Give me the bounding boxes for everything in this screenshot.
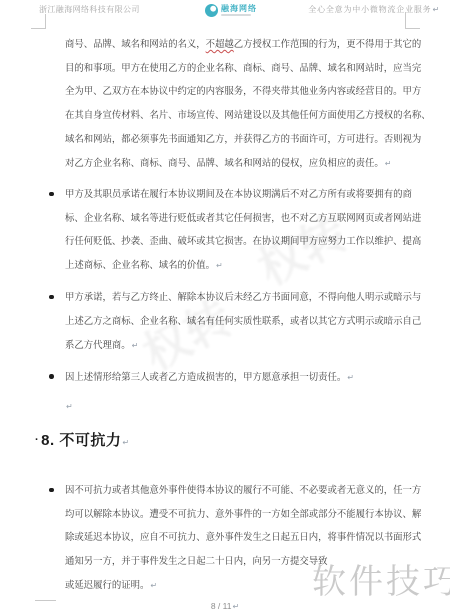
bullet-dot-icon — [49, 488, 54, 493]
text-line: 因不可抗力或者其他意外事件使得本协议的履行不可能、不必要或者无意义的，任一方 — [65, 478, 423, 502]
empty-paragraph: ↵ — [65, 396, 73, 414]
paragraph-mark: ↵ — [385, 159, 392, 168]
text-line: 除或延迟本协议，应自不可抗力、意外事件发生之日起五日内，将事件情况以书面形式 — [65, 525, 423, 549]
text-line: 在其自身宣传材料、名片、市场宣传、网站建设以及其他任何方面使用乙方授权的名称、 — [65, 103, 423, 127]
paragraph-mark: ↵ — [150, 581, 157, 590]
text-line: 对乙方企业名称、商标、商号、品牌、域名和网站的侵权，应负相应的责任。↵ — [65, 151, 423, 176]
intro-line1-after: 乙方授权工作范围的行为，更不得用于其它的 — [234, 38, 422, 49]
paragraph-mark: ↵ — [347, 373, 354, 382]
header-company-name: 浙江融海网络科技有限公司 — [39, 4, 140, 15]
margin-crop-mark-top-left — [31, 28, 46, 29]
bullet-item: 因上述情形给第三人或者乙方造成损害的，甲方愿意承担一切责任。↵ — [65, 365, 423, 390]
margin-crop-mark-top-right — [405, 12, 406, 28]
intro-line1-before: 商号、品牌、域名和网站的名义， — [65, 38, 206, 49]
text-line: 全为甲、乙双方在本协议中约定的内容服务，不得夹带其他业务内容或经营目的。甲方 — [65, 79, 423, 103]
text-line: 甲方承诺，若与乙方终止、解除本协议后未经乙方书面同意，不得向他人明示或暗示与 — [65, 285, 423, 309]
logo-icon — [205, 4, 218, 17]
intro-paragraph-lines: 目的和事项。甲方在使用乙方的企业名称、商标、商号、品牌、域名和网站时，应当完全为… — [65, 56, 423, 176]
paragraph-mark: ↵ — [132, 341, 139, 350]
page-number-text: 8 / 11 — [211, 601, 232, 611]
margin-crop-mark-top-right — [405, 28, 420, 29]
paragraph-mark: ↵ — [66, 402, 73, 411]
bullet-item: 甲方及其职员承诺在履行本协议期间及在本协议期满后不对乙方所有或将要拥有的商标、企… — [65, 182, 423, 278]
paragraph-mark: ↵ — [122, 438, 129, 447]
text-line: 甲方及其职员承诺在履行本协议期间及在本协议期满后不对乙方所有或将要拥有的商 — [65, 182, 423, 206]
bullet-dot-icon — [49, 374, 54, 379]
text-line: 系乙方代理商。↵ — [65, 333, 423, 358]
text-line: 因上述情形给第三人或者乙方造成损害的，甲方愿意承担一切责任。↵ — [65, 365, 423, 390]
logo-subtext-line — [221, 14, 251, 16]
text-line: 上述乙方之商标、企业名称、域名有任何实质性联系，或者以其它方式明示或暗示自己 — [65, 309, 423, 333]
paragraph-mark: ↵ — [216, 261, 223, 270]
margin-crop-mark-top-left — [45, 14, 46, 28]
text-line: 商号、品牌、域名和网站的名义，不超越乙方授权工作范围的行为，更不得用于其它的 — [65, 32, 423, 56]
bullet-item: 甲方承诺，若与乙方终止、解除本协议后未经乙方书面同意，不得向他人明示或暗示与上述… — [65, 285, 423, 357]
text-line: 域名和网站，都必须事先书面通知乙方，并获得乙方的书面许可，方可进行。否则视为 — [65, 127, 423, 151]
clause-bullet-list: 甲方及其职员承诺在履行本协议期间及在本协议期满后不对乙方所有或将要拥有的商标、企… — [65, 182, 423, 397]
header-slogan-text: 全心全意为中小微物流企业服务 — [308, 5, 431, 14]
section-heading: ·8. 不可抗力↵ — [35, 429, 130, 450]
paragraph-mark: ↵ — [432, 5, 440, 14]
text-line: 标、企业名称、域名等进行贬低或者其它任何损害，也不对乙方互联网网页或者网站进 — [65, 206, 423, 230]
intro-paragraph: 商号、品牌、域名和网站的名义，不超越乙方授权工作范围的行为，更不得用于其它的 目… — [65, 32, 423, 175]
paragraph-mark: ↵ — [232, 602, 239, 611]
section-heading-text: 8. 不可抗力 — [41, 432, 121, 449]
bullet-dot-icon — [49, 192, 54, 197]
logo-text: 融海网络 — [221, 5, 257, 13]
header-slogan: 全心全意为中小微物流企业服务↵ — [308, 4, 440, 15]
heading-bullet: · — [35, 434, 39, 446]
text-line: 目的和事项。甲方在使用乙方的企业名称、商标、商号、品牌、域名和网站时，应当完 — [65, 56, 423, 80]
text-line: 均可以解除本协议。遭受不可抗力、意外事件的一方如全部或部分不能履行本协议、解 — [65, 502, 423, 526]
text-line: 上述商标、企业名称、域名的价值。↵ — [65, 253, 423, 278]
text-line: 行任何贬低、抄袭、歪曲、破坏或其它损害。在协议期间甲方应努力工作以维护、提高 — [65, 229, 423, 253]
document-page: 浙江融海网络科技有限公司 融海网络 全心全意为中小微物流企业服务↵ 商号、品牌、… — [0, 0, 450, 615]
misspelled-text: 不超越 — [206, 38, 234, 49]
page-watermark: 软件技巧 — [312, 554, 450, 603]
company-logo: 融海网络 — [205, 2, 257, 18]
bullet-dot-icon — [49, 295, 54, 300]
